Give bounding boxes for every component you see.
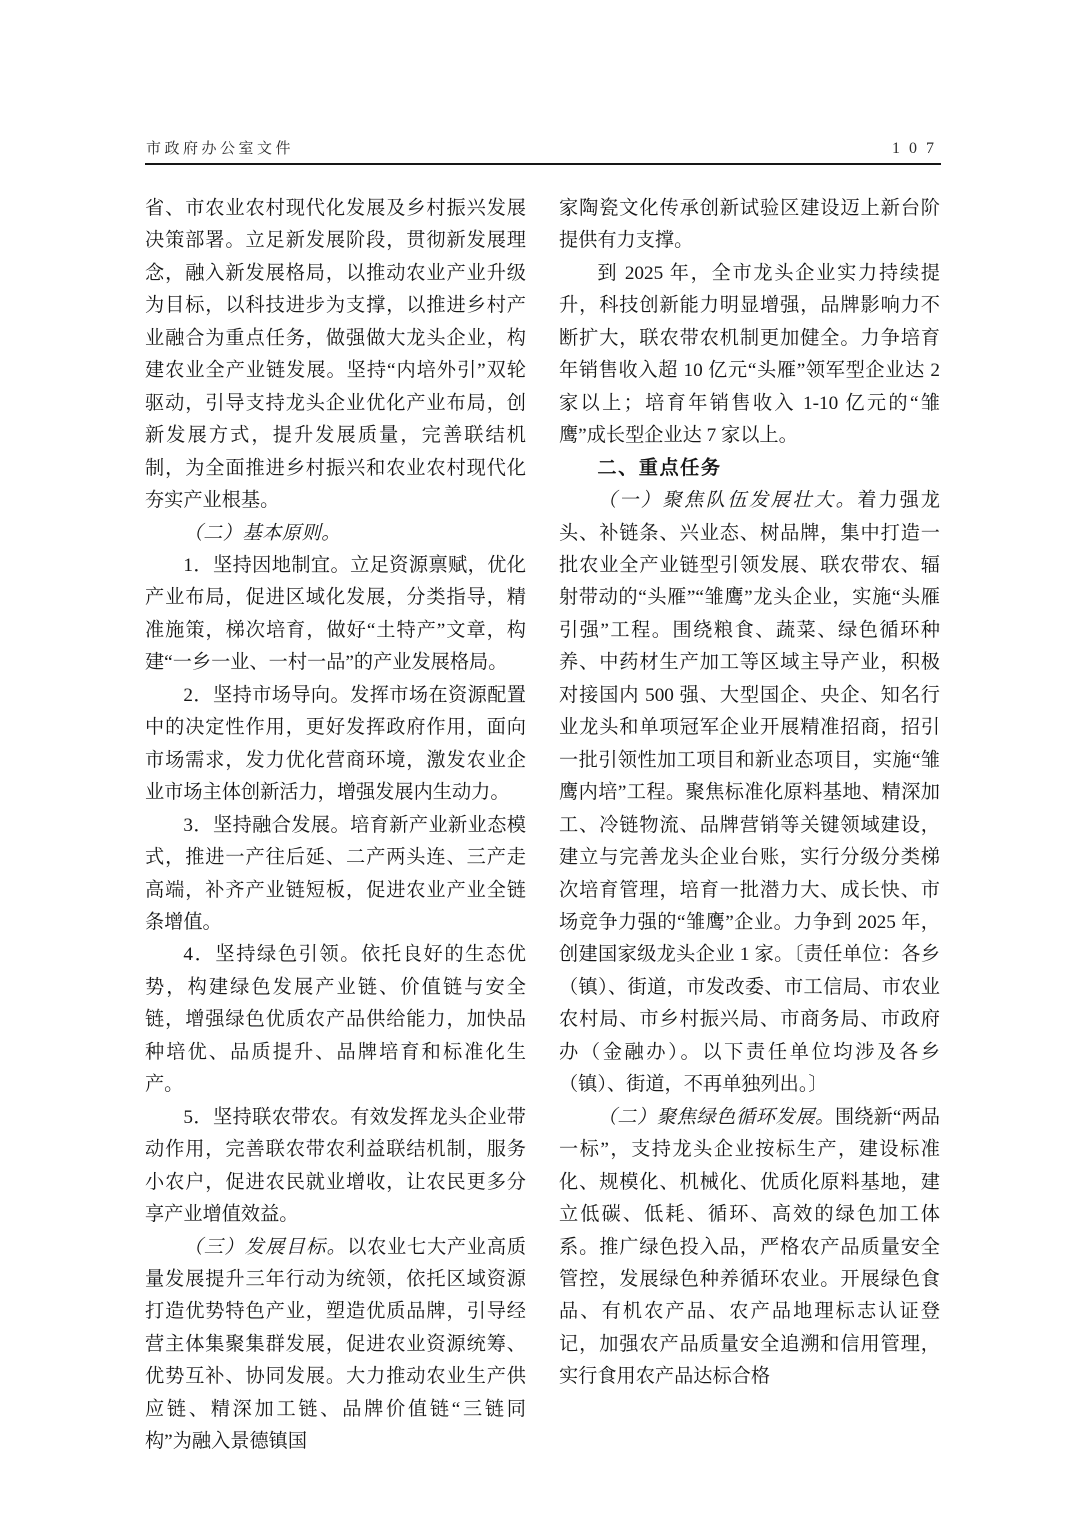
header-title: 市政府办公室文件 — [146, 137, 294, 158]
text-run: 省、市农业农村现代化发展及乡村振兴发展决策部署。立足新发展阶段，贯彻新发展理念，… — [145, 198, 526, 511]
paragraph: （一）聚焦队伍发展壮大。着力强龙头、补链条、兴业态、树品牌，集中打造一批农业全产… — [559, 485, 940, 1102]
paragraph: 1．坚持因地制宜。立足资源禀赋，优化产业布局，促进区域化发展，分类指导，精准施策… — [145, 550, 526, 680]
text-run: 4．坚持绿色引领。依托良好的生态优势，构建绿色发展产业链、价值链与安全链，增强绿… — [145, 944, 526, 1095]
paragraph: 到 2025 年，全市龙头企业实力持续提升，科技创新能力明显增强，品牌影响力不断… — [559, 258, 940, 453]
page-number: 107 — [892, 140, 943, 158]
paragraph: 2．坚持市场导向。发挥市场在资源配置中的决定性作用，更好发挥政府作用，面向市场需… — [145, 680, 526, 810]
kai-text-run: （三）发展目标。 — [183, 1237, 347, 1258]
paragraph: 5．坚持联农带农。有效发挥龙头企业带动作用，完善联农带农利益联结机制，服务小农户… — [145, 1102, 526, 1232]
text-run: 以农业七大产业高质量发展提升三年行动为统领，依托区域资源打造优势特色产业，塑造优… — [145, 1237, 526, 1453]
kai-text-run: （二）聚焦绿色循环发展。 — [597, 1107, 835, 1128]
document-page: 市政府办公室文件 107 省、市农业农村现代化发展及乡村振兴发展决策部署。立足新… — [0, 0, 1074, 1520]
left-column: 省、市农业农村现代化发展及乡村振兴发展决策部署。立足新发展阶段，贯彻新发展理念，… — [145, 193, 526, 1459]
kai-text-run: （二）基本原则。 — [183, 523, 341, 544]
text-run: 围绕新“两品一标”，支持龙头企业按标生产，建设标准化、规模化、机械化、优质化原料… — [559, 1107, 940, 1388]
paragraph: 家陶瓷文化传承创新试验区建设迈上新台阶提供有力支撑。 — [559, 193, 940, 258]
right-column: 家陶瓷文化传承创新试验区建设迈上新台阶提供有力支撑。到 2025 年，全市龙头企… — [559, 193, 940, 1394]
header-rule — [145, 163, 941, 165]
kai-text-run: （一）聚焦队伍发展壮大。 — [597, 490, 857, 511]
text-run: 到 2025 年，全市龙头企业实力持续提升，科技创新能力明显增强，品牌影响力不断… — [559, 263, 940, 446]
text-run: 1．坚持因地制宜。立足资源禀赋，优化产业布局，促进区域化发展，分类指导，精准施策… — [145, 555, 526, 673]
paragraph: 4．坚持绿色引领。依托良好的生态优势，构建绿色发展产业链、价值链与安全链，增强绿… — [145, 939, 526, 1101]
paragraph: （三）发展目标。以农业七大产业高质量发展提升三年行动为统领，依托区域资源打造优势… — [145, 1232, 526, 1459]
paragraph: 省、市农业农村现代化发展及乡村振兴发展决策部署。立足新发展阶段，贯彻新发展理念，… — [145, 193, 526, 518]
paragraph: （二）基本原则。 — [145, 518, 526, 550]
text-run: 2．坚持市场导向。发挥市场在资源配置中的决定性作用，更好发挥政府作用，面向市场需… — [145, 685, 526, 803]
bold-head-text-run: 二、重点任务 — [597, 458, 721, 479]
text-run: 5．坚持联农带农。有效发挥龙头企业带动作用，完善联农带农利益联结机制，服务小农户… — [145, 1107, 526, 1225]
text-run: 家陶瓷文化传承创新试验区建设迈上新台阶提供有力支撑。 — [559, 198, 940, 251]
text-run: 着力强龙头、补链条、兴业态、树品牌，集中打造一批农业全产业链型引领发展、联农带农… — [559, 490, 940, 1095]
text-run: 3．坚持融合发展。培育新产业新业态模式，推进一产往后延、二产两头连、三产走高端，… — [145, 815, 526, 933]
paragraph: 二、重点任务 — [559, 453, 940, 485]
paragraph: 3．坚持融合发展。培育新产业新业态模式，推进一产往后延、二产两头连、三产走高端，… — [145, 810, 526, 940]
paragraph: （二）聚焦绿色循环发展。围绕新“两品一标”，支持龙头企业按标生产，建设标准化、规… — [559, 1102, 940, 1394]
